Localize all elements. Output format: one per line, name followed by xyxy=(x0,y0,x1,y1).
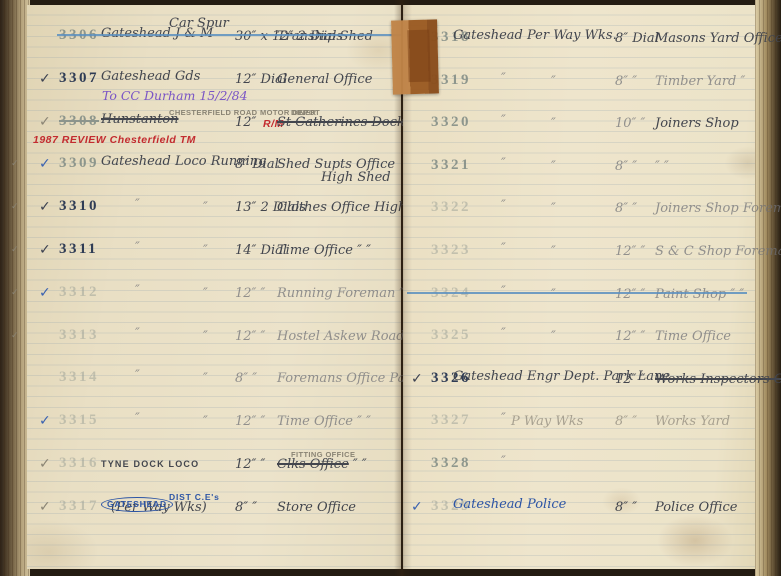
entry-location: ″ xyxy=(501,113,506,128)
entry-dial-size: 12″ ″ xyxy=(235,414,265,429)
ledger-row-3326: ✓3326Gateshead Engr Dept. Park Lane12″ ″… xyxy=(403,358,755,390)
entry-office-cell: S & C Shop Foremans Office xyxy=(655,240,781,259)
entry-dial-size: 8″ ″ xyxy=(235,500,257,515)
check-icon: ✓ xyxy=(39,285,51,301)
entry-number: 3327 xyxy=(431,412,471,429)
ledger-row-3325: 3325″″12″ ″Time Office xyxy=(403,315,755,347)
entry-location-annotation: Car Spur xyxy=(169,16,229,31)
entry-location-cell: ″P Way Wks xyxy=(501,410,583,429)
entry-office: Works Inspectors Office xyxy=(655,372,781,387)
ledger-row-3321: 3321″″8″ ″″ ″ xyxy=(403,145,755,177)
ledger-row-3311: ✓✓3311″″14″ DialTime Office ″ ″ xyxy=(27,229,401,261)
entry-dial-size: 12″ xyxy=(235,115,256,130)
entry-office-cell: Joiners Shop xyxy=(655,112,739,131)
entry-dial-size: 12″ ″ xyxy=(615,329,645,344)
page-left: 3306Gateshead J & MCar Spur30″ x 12″ 2 D… xyxy=(27,5,401,569)
ledger-row-3314: 3314″″8″ ″Foremans Office Park Lane xyxy=(27,357,401,389)
entry-office: Paint Shop ″ ″ xyxy=(655,287,744,302)
entry-location: ″ xyxy=(135,283,140,298)
entry-office-cell: Clks Office ″ ″FITTING OFFICE xyxy=(277,453,367,472)
entry-location: Gateshead Gds xyxy=(101,69,200,84)
entry-office-ditto: ″ ″ xyxy=(349,457,367,472)
entry-dial-size: 12″ ″ xyxy=(615,372,645,387)
ledger-row-3310: ✓✓3310″″13″ 2 DialsClothes Office High S… xyxy=(27,186,401,218)
entry-office: Clks Office xyxy=(277,457,349,472)
entry-office: Police Office xyxy=(655,500,737,515)
entry-number: 3323 xyxy=(431,242,471,259)
entry-dial-size: 8″ ″ xyxy=(615,414,637,429)
entry-location: ″ xyxy=(501,198,506,213)
entry-office: Hostel Askew Road xyxy=(277,329,405,344)
entry-location: ″ xyxy=(135,368,140,383)
entry-office: S & C Shop Foremans Office xyxy=(655,244,781,259)
entry-number: 3322 xyxy=(431,199,471,216)
check-icon: ✓ xyxy=(411,499,423,515)
edge-tick-icon: ✓ xyxy=(11,202,19,212)
ledger-row-3316: ✓3316TYNE DOCK LOCO12″ ″Clks Office ″ ″F… xyxy=(27,443,401,475)
entry-ditto-mark: ″ xyxy=(203,329,208,344)
entry-ditto-mark: ″ xyxy=(551,159,556,174)
entry-number: 3310 xyxy=(59,198,99,215)
entry-office: Masons Yard Office xyxy=(655,31,781,46)
ledger-row-3323: 3323″″12″ ″S & C Shop Foremans Office xyxy=(403,230,755,262)
entry-location: ″ xyxy=(501,326,506,341)
entry-ditto-mark: ″ xyxy=(203,200,208,215)
entry-number: 3309 xyxy=(59,155,99,172)
check-icon: ✓ xyxy=(39,156,51,172)
entry-dial-size: 12″ ″ xyxy=(615,244,645,259)
entry-dial-size: 8″ Dial xyxy=(235,157,279,172)
entry-office-cell: Time Office ″ ″ xyxy=(277,239,371,258)
entry-number: 3328 xyxy=(431,455,471,472)
check-icon: ✓ xyxy=(39,199,51,215)
ledger-row-3329: ✓3329Gateshead Police8″ ″Police Office xyxy=(403,486,755,518)
entry-location: ″ xyxy=(135,411,140,426)
check-icon: ✓ xyxy=(39,413,51,429)
entry-office: Running Foreman ″ ″ xyxy=(277,286,413,301)
page-right: 3318Gateshead Per Way Wks.8″ DialMasons … xyxy=(403,5,755,569)
entry-location-secondary: P Way Wks xyxy=(511,414,583,429)
entry-number: 3315 xyxy=(59,412,99,429)
ledger-row-3313: ✓3313″″12″ ″Hostel Askew Road xyxy=(27,315,401,347)
edge-tick-icon: ✓ xyxy=(11,159,19,169)
entry-dial-size: 8″ ″ xyxy=(235,371,257,386)
check-icon: ✓ xyxy=(39,71,51,87)
entry-ditto-mark: ″ xyxy=(203,286,208,301)
entry-office-cell: General Office xyxy=(277,68,372,87)
entry-ditto-mark: ″ xyxy=(551,244,556,259)
check-icon: ✓ xyxy=(39,499,51,515)
ledger-row-3306: 3306Gateshead J & MCar Spur30″ x 12″ 2 D… xyxy=(27,15,401,47)
entry-office: Time Office xyxy=(655,329,731,344)
entry-number: 3308 xyxy=(59,113,99,130)
entry-location: ″ xyxy=(135,326,140,341)
entry-location-cell: GATESHEAD(Per Way Wks)DIST C.E's xyxy=(101,496,207,515)
edge-tick-icon: ✓ xyxy=(11,288,19,298)
ledger-row-3327: 3327″P Way Wks8″ ″Works Yard xyxy=(403,400,755,432)
entry-location: TYNE DOCK LOCO xyxy=(101,459,199,469)
entry-office-cell: Store Office xyxy=(277,496,356,515)
entry-dial-size: 12″ ″ xyxy=(615,287,645,302)
entry-location: Gateshead Per Way Wks. xyxy=(453,28,617,43)
entry-ditto-mark: ″ xyxy=(203,243,208,258)
entry-number: 3311 xyxy=(59,241,98,258)
entry-number: 3314 xyxy=(59,369,99,386)
check-icon: ✓ xyxy=(39,456,51,472)
entry-number: 3313 xyxy=(59,327,99,344)
entry-ditto-mark: ″ xyxy=(551,201,556,216)
ledger-row-3324: 3324″″12″ ″Paint Shop ″ ″ xyxy=(403,273,755,305)
tape-repair xyxy=(391,19,439,94)
entry-office-cell: Police Office xyxy=(655,496,737,515)
ledger-row-3328: 3328″ xyxy=(403,443,755,475)
entry-ditto-mark: ″ xyxy=(551,74,556,89)
entry-location: Gateshead Police xyxy=(453,497,566,512)
entry-office-annotation: DINER xyxy=(291,108,316,117)
entry-office-cell: Time Office xyxy=(655,325,731,344)
entry-ditto-mark: ″ xyxy=(203,371,208,386)
ledger-row-3319: 3319″″8″ ″Timber Yard ″ xyxy=(403,60,755,92)
entry-office: General Office xyxy=(277,72,372,87)
entry-office-cell: Joiners Shop Foreman Office xyxy=(655,197,781,216)
entry-office-cell: Hostel Askew Road xyxy=(277,325,405,344)
entry-dial-size: 10″ ″ xyxy=(615,116,645,131)
entry-dial-size: 8″ ″ xyxy=(615,500,637,515)
entry-office: Joiners Shop Foreman Office xyxy=(655,201,781,216)
entry-dial-size: 8″ Dial xyxy=(615,31,659,46)
entry-office: Time Office ″ ″ xyxy=(277,243,371,258)
entry-office-cell: ″ ″ xyxy=(655,155,669,174)
entry-office-cell: Works Inspectors Office xyxy=(655,368,781,387)
entry-office-annotation: FITTING OFFICE xyxy=(291,450,355,459)
ledger-row-3307: ✓3307Gateshead Gds12″ DialGeneral Office… xyxy=(27,58,401,90)
entry-office-cell: Running Foreman ″ ″ xyxy=(277,282,413,301)
ledger-row-3315: ✓3315″″12″ ″Time Office ″ ″ xyxy=(27,400,401,432)
entry-location: GATESHEAD xyxy=(101,497,173,512)
ledger-row-3318: 3318Gateshead Per Way Wks.8″ DialMasons … xyxy=(403,17,755,49)
entry-office: ″ ″ xyxy=(655,159,669,174)
entry-dial-size: 8″ ″ xyxy=(615,159,637,174)
edge-tick-icon: ✓ xyxy=(11,245,19,255)
entry-office-cell: Masons Yard Office xyxy=(655,27,781,46)
ledger-row-3322: 3322″″8″ ″Joiners Shop Foreman Office xyxy=(403,187,755,219)
entry-location: ″ xyxy=(501,411,506,426)
entry-location: ″ xyxy=(501,241,506,256)
entry-ditto-mark: ″ xyxy=(551,287,556,302)
entry-office: Tranship Shed xyxy=(277,29,373,44)
entry-number: 3320 xyxy=(431,114,471,131)
entry-ditto-mark: ″ xyxy=(203,414,208,429)
entry-office: Works Yard xyxy=(655,414,730,429)
entry-location: ″ xyxy=(501,71,506,86)
entry-office-cell: Time Office ″ ″ xyxy=(277,410,371,429)
row-strike-line xyxy=(57,34,401,36)
entry-dial-size: 12″ ″ xyxy=(235,457,265,472)
entry-dial-size: 12″ ″ xyxy=(235,286,265,301)
entry-location: ″ xyxy=(501,454,506,469)
entry-number: 3312 xyxy=(59,284,99,301)
entry-number: 3316 xyxy=(59,455,99,472)
entry-office-second-line: High Shed xyxy=(321,170,391,185)
ledger-row-3309: ✓✓3309Gateshead Loco Running8″ DialShed … xyxy=(27,143,401,175)
entry-ditto-mark: ″ xyxy=(551,116,556,131)
ledger-row-3320: 3320″″10″ ″Joiners Shop xyxy=(403,102,755,134)
entry-office-cell: Works Yard xyxy=(655,410,730,429)
entry-location: ″ xyxy=(135,240,140,255)
entry-location: ″ xyxy=(501,156,506,171)
entry-location-annotation: DIST C.E's xyxy=(169,492,220,502)
entry-office-cell: Timber Yard ″ xyxy=(655,70,745,89)
entry-location: ″ xyxy=(135,197,140,212)
check-icon: ✓ xyxy=(39,114,51,130)
entry-office: Store Office xyxy=(277,500,356,515)
entry-location: Hunstanton xyxy=(101,112,179,127)
check-icon: ✓ xyxy=(39,242,51,258)
entry-number: 3321 xyxy=(431,157,471,174)
ledger-book-spread: 3306Gateshead J & MCar Spur30″ x 12″ 2 D… xyxy=(0,0,781,576)
row-strike-line xyxy=(407,292,747,294)
entry-number: 3325 xyxy=(431,327,471,344)
edge-tick-icon: ✓ xyxy=(11,331,19,341)
entry-office: Time Office ″ ″ xyxy=(277,414,371,429)
ledger-row-3317: ✓3317GATESHEAD(Per Way Wks)DIST C.E's8″ … xyxy=(27,486,401,518)
ledger-row-3308: ✓3308HunstantonCHESTERFIELD ROAD MOTOR D… xyxy=(27,101,401,133)
ledger-row-3312: ✓✓3312″″12″ ″Running Foreman ″ ″ xyxy=(27,272,401,304)
entry-office: Joiners Shop xyxy=(655,116,739,131)
entry-office-cell: Shed Supts OfficeHigh Shed xyxy=(277,153,395,172)
entry-office: Timber Yard ″ xyxy=(655,74,745,89)
entry-dial-size: 12″ ″ xyxy=(235,329,265,344)
entry-ditto-mark: ″ xyxy=(551,329,556,344)
entry-dial-size: 8″ ″ xyxy=(615,201,637,216)
check-icon: ✓ xyxy=(411,371,423,387)
page-edges-right xyxy=(755,0,781,576)
entry-number: 3307 xyxy=(59,70,99,87)
entry-dial-size: 8″ ″ xyxy=(615,74,637,89)
entry-number: 3317 xyxy=(59,498,99,515)
